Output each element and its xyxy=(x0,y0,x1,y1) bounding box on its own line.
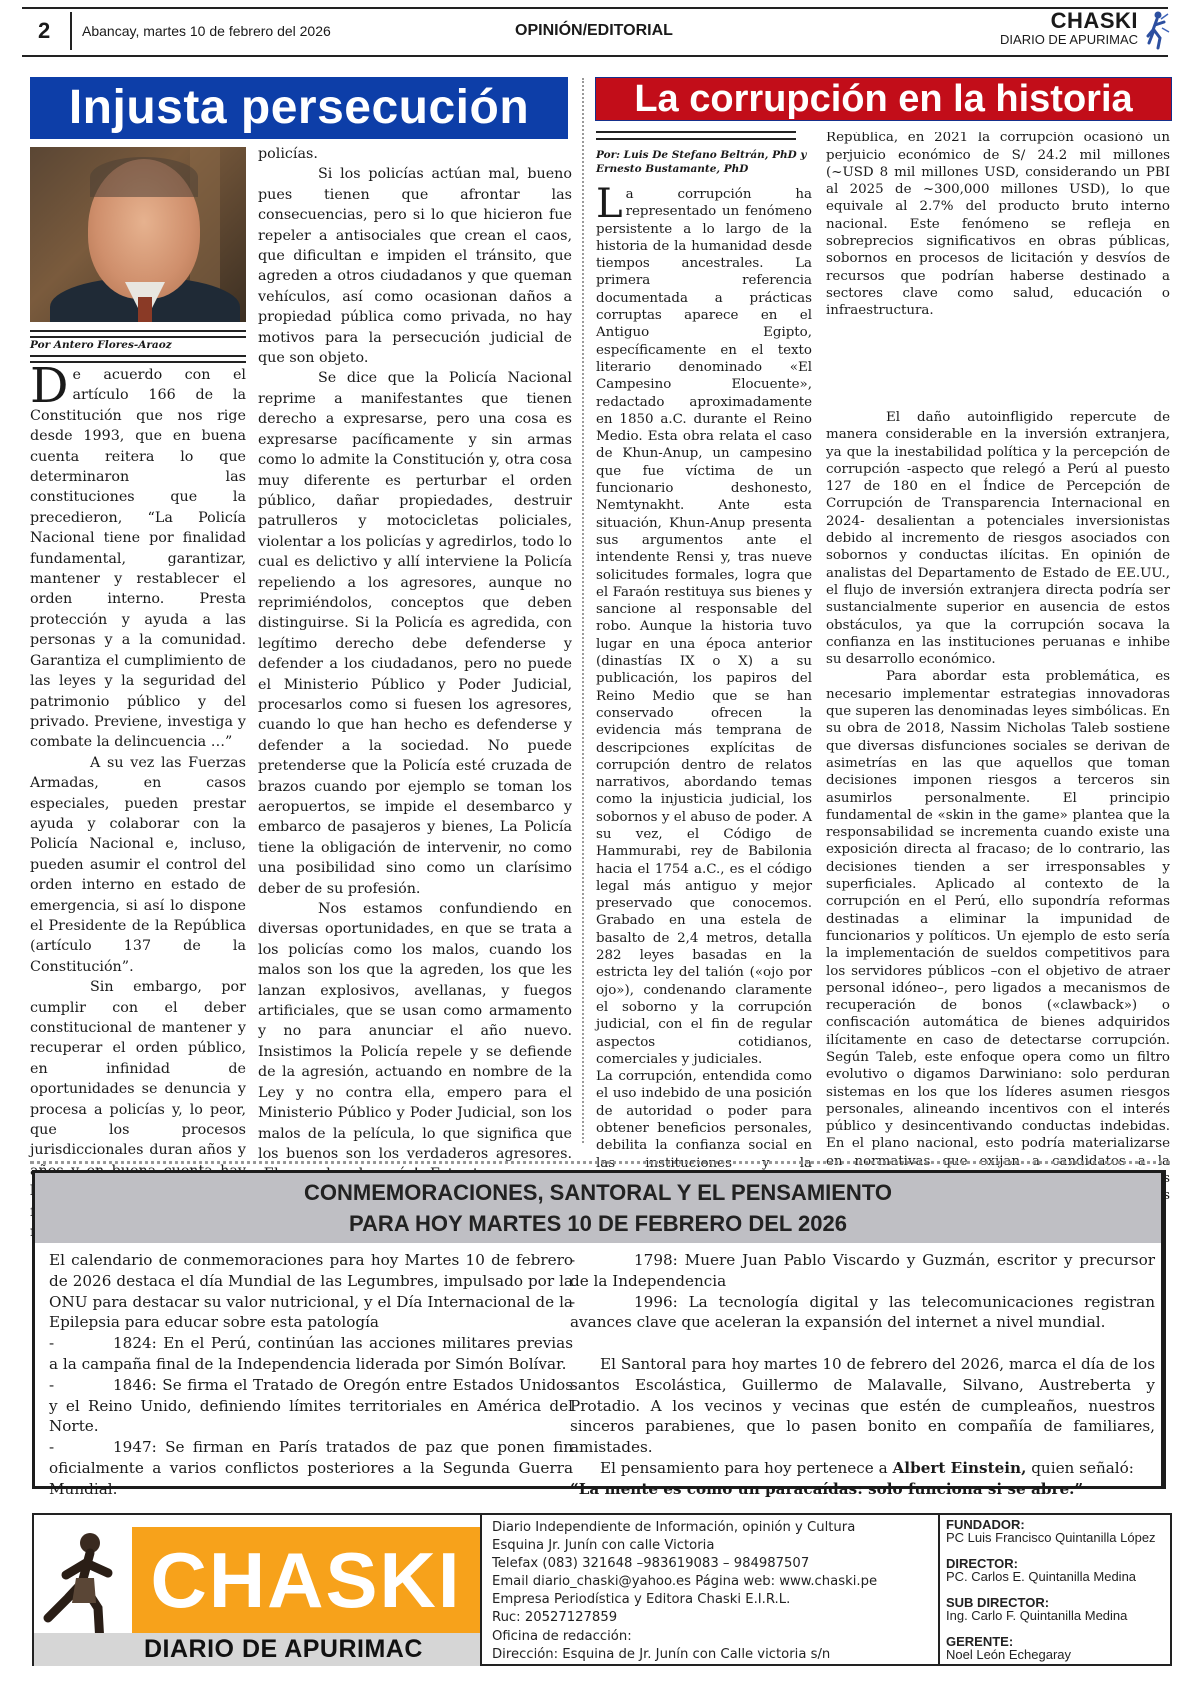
article-byline: Por: Luis De Stefano Beltrán, PhD y Erne… xyxy=(596,148,814,176)
header-separator xyxy=(70,12,72,50)
chaski-runner-icon xyxy=(1144,10,1170,50)
logo-subtitle-bar: DIARIO DE APURIMAC xyxy=(34,1633,480,1666)
author-portrait xyxy=(30,147,246,322)
section-title: OPINIÓN/EDITORIAL xyxy=(515,22,673,40)
header-bottom-rule xyxy=(22,55,1168,57)
staff-name: Noel León Echegaray xyxy=(946,1648,1170,1662)
contact-info: Diario Independiente de Información, opi… xyxy=(480,1513,940,1666)
article-paragraph: De acuerdo con el artículo 166 de la Con… xyxy=(30,365,246,753)
staff-name: PC Luis Francisco Quintanilla López xyxy=(946,1531,1170,1545)
article-column-1: De acuerdo con el artículo 166 de la Con… xyxy=(30,365,246,1242)
info-line: Email diario_chaski@yahoo.es Página web:… xyxy=(492,1573,938,1591)
chaski-logo: CHASKI DIARIO DE APURIMAC xyxy=(32,1513,482,1666)
article-paragraph: Si los policías actúan mal, bueno pues t… xyxy=(258,164,572,368)
conmemoraciones-title-line2: PARA HOY MARTES 10 DE FEBRERO DEL 2026 xyxy=(35,1208,1161,1239)
info-line: Ruc: 20527127859 xyxy=(492,1609,938,1627)
thought-author: Albert Einstein, xyxy=(893,1459,1027,1477)
brand-subtitle: DIARIO DE APURIMAC xyxy=(1000,32,1138,48)
info-line: Dirección: Esquina de Jr. Junín con Call… xyxy=(492,1646,938,1664)
article-column-4: La corrupción, entendida como el uso ind… xyxy=(826,132,1170,1222)
staff-name: Ing. Carlo F. Quintanilla Medina xyxy=(946,1609,1170,1623)
headline-rule xyxy=(596,131,796,140)
article-headline: Injusta persecución xyxy=(30,77,568,139)
event-item: -1798: Muere Juan Pablo Viscardo y Guzmá… xyxy=(570,1250,1155,1292)
info-line: Oficina de redacción: xyxy=(492,1628,938,1646)
info-line: Empresa Periodística y Editora Chaski E.… xyxy=(492,1591,938,1609)
article-byline: Por Antero Flores-Araoz xyxy=(30,339,172,351)
event-item: -1996: La tecnología digital y las telec… xyxy=(570,1292,1155,1334)
article-paragraph: policías. xyxy=(258,144,572,164)
conmemoraciones-box: CONMEMORACIONES, SANTORAL Y EL PENSAMIEN… xyxy=(32,1170,1166,1489)
article-column-2: policías. Si los policías actúan mal, bu… xyxy=(258,144,572,1226)
article-paragraph-continued: La corrupción, entendida como el uso ind… xyxy=(826,132,1170,409)
conmemoraciones-title-line1: CONMEMORACIONES, SANTORAL Y EL PENSAMIEN… xyxy=(35,1177,1161,1208)
article-paragraph: Se dice que la Policía Nacional reprime … xyxy=(258,368,572,899)
santoral-paragraph: El Santoral para hoy martes 10 de febrer… xyxy=(570,1354,1155,1458)
photo-rule xyxy=(30,330,246,338)
newspaper-footer: CHASKI DIARIO DE APURIMAC Diario Indepen… xyxy=(32,1513,1182,1678)
conmemoraciones-left-column: El calendario de conmemoraciones para ho… xyxy=(49,1250,573,1500)
staff-name: PC. Carlos E. Quintanilla Medina xyxy=(946,1570,1170,1584)
drop-cap: L xyxy=(596,188,623,220)
info-line: Telefax (083) 321648 –983619083 – 984987… xyxy=(492,1555,938,1573)
article-headline: La corrupción en la historia xyxy=(595,77,1172,121)
article-paragraph: A su vez las Fuerzas Armadas, en casos e… xyxy=(30,753,246,977)
conmemoraciones-right-column: -1798: Muere Juan Pablo Viscardo y Guzmá… xyxy=(570,1250,1155,1500)
staff-box: FUNDADOR: PC Luis Francisco Quintanilla … xyxy=(938,1513,1172,1666)
event-item: -1947: Se firman en París tratados de pa… xyxy=(49,1437,573,1499)
page-number: 2 xyxy=(38,18,50,44)
logo-name: CHASKI xyxy=(132,1527,480,1633)
info-line: Diario Independiente de Información, opi… xyxy=(492,1519,938,1537)
section-rule xyxy=(30,1161,1170,1164)
thought-quote: “La mente es como un paracaídas: solo fu… xyxy=(570,1479,1155,1500)
drop-cap: D xyxy=(30,367,68,405)
conmemoraciones-intro: El calendario de conmemoraciones para ho… xyxy=(49,1250,573,1333)
article-paragraph: Nos estamos confundiendo en diversas opo… xyxy=(258,899,572,1205)
masthead-brand: CHASKI DIARIO DE APURIMAC xyxy=(1000,10,1138,48)
thought-intro: El pensamiento para hoy pertenece a Albe… xyxy=(570,1458,1155,1479)
article-paragraph: Para abordar esta problemática, es neces… xyxy=(826,668,1170,1222)
edition-date: Abancay, martes 10 de febrero del 2026 xyxy=(82,23,331,39)
column-divider xyxy=(582,78,584,1143)
event-item: -1824: En el Perú, continúan las accione… xyxy=(49,1333,573,1375)
header-top-rule xyxy=(22,7,1168,9)
article-paragraph: La corrupción ha representado un fenómen… xyxy=(596,186,812,1068)
info-line: Esquina Jr. Junín con calle Victoria xyxy=(492,1537,938,1555)
brand-name: CHASKI xyxy=(1000,10,1138,32)
article-paragraph: El daño autoinfligido repercute de maner… xyxy=(826,409,1170,668)
conmemoraciones-header: CONMEMORACIONES, SANTORAL Y EL PENSAMIEN… xyxy=(35,1173,1161,1243)
logo-subtitle: DIARIO DE APURIMAC xyxy=(144,1635,423,1664)
event-item: -1846: Se firma el Tratado de Oregón ent… xyxy=(49,1375,573,1437)
logo-banner: CHASKI xyxy=(132,1527,480,1633)
